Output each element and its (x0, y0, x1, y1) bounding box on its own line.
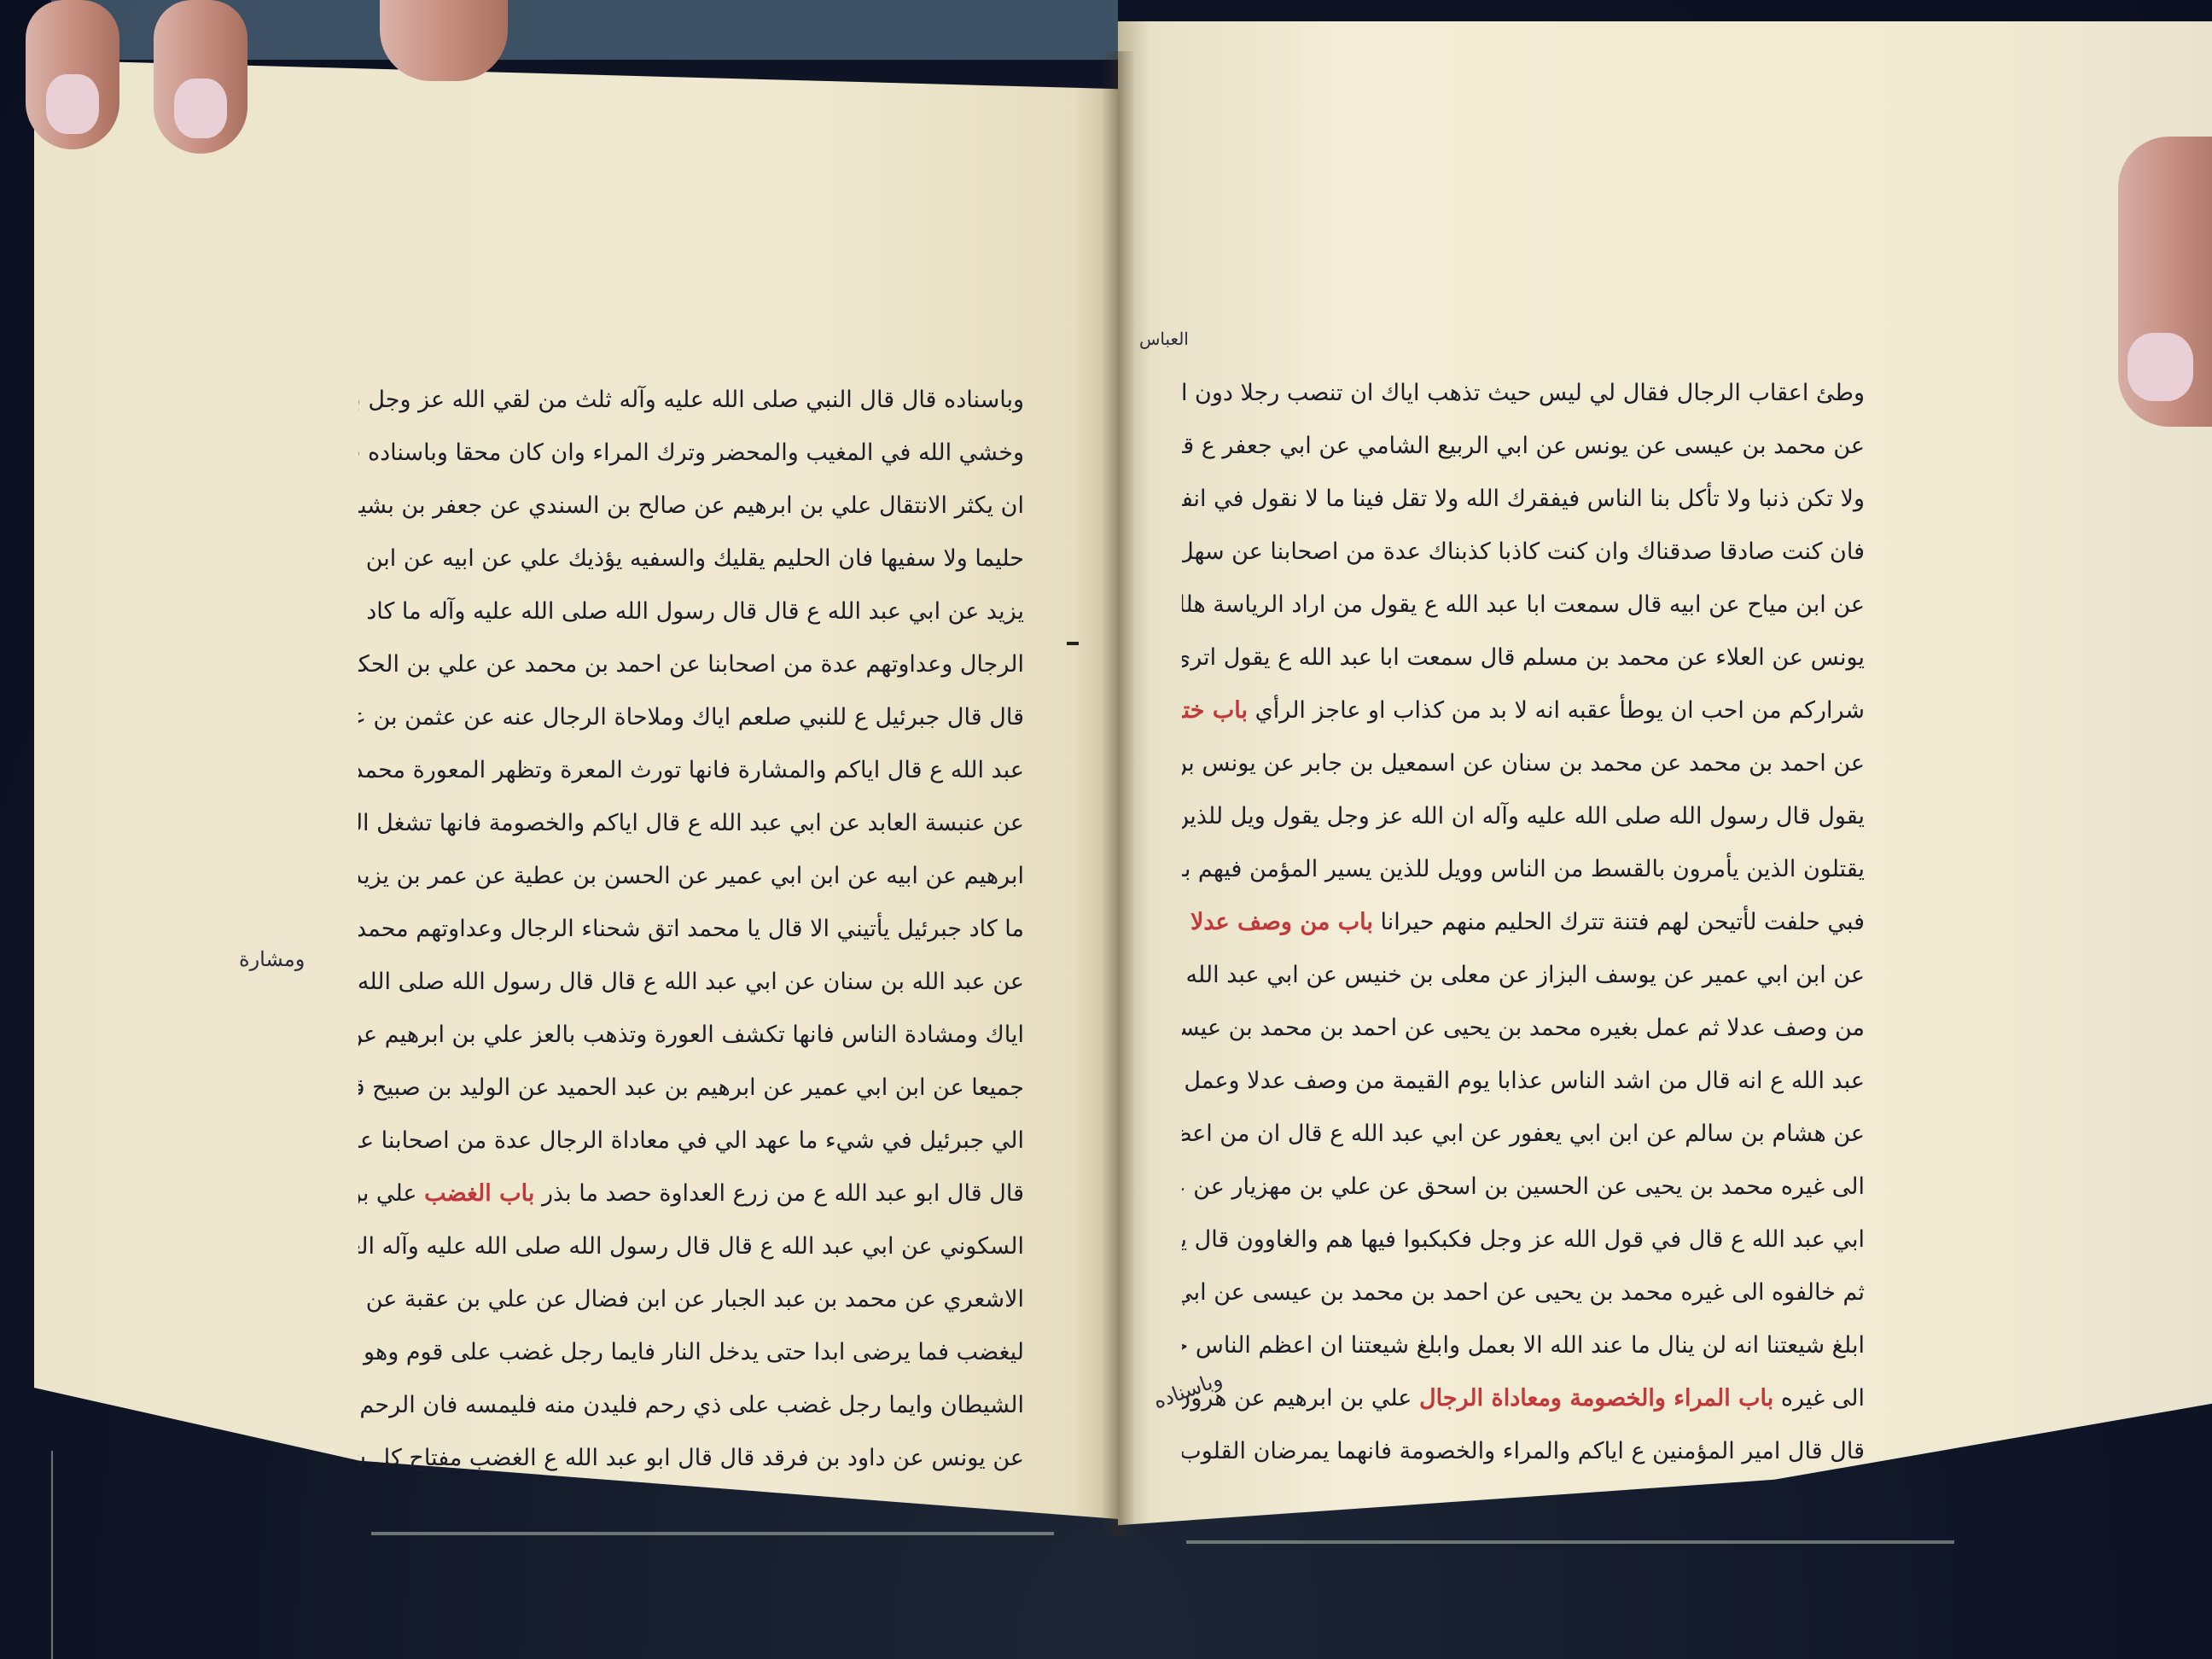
margin-mark (1067, 642, 1079, 645)
text-segment: شراركم من احب ان يوطأ عقبه انه لا بد من … (1255, 697, 1865, 724)
text-line: قال قال امير المؤمنين ع اياكم والمراء وا… (1182, 1425, 1865, 1478)
text-line: السكوني عن ابي عبد الله ع قال قال رسول ا… (358, 1220, 1024, 1273)
text-line: ولا تكن ذنبا ولا تأكل بنا الناس فيفقرك ا… (1182, 473, 1865, 526)
text-line: الرجال وعداوتهم عدة من اصحابنا عن احمد ب… (358, 638, 1024, 691)
text-line: ان يكثر الانتقال علي بن ابرهيم عن صالح ب… (358, 480, 1024, 533)
thumbnail (2128, 333, 2193, 401)
text-line: ابي عبد الله ع قال في قول الله عز وجل فك… (1182, 1214, 1865, 1266)
text-line: الي جبرئيل في شيء ما عهد الي في معاداة ا… (358, 1115, 1024, 1167)
right-page-text: وطئ اعقاب الرجال فقال لي ليس حيث تذهب اي… (1182, 367, 1865, 1478)
text-line: يقتلون الذين يأمرون بالقسط من الناس وويل… (1182, 843, 1865, 896)
frame-line (51, 1451, 53, 1659)
text-segment: علي بن ابرهيم عن ابيه عن النوفلي عن (358, 1180, 417, 1207)
book-gutter (1101, 51, 1135, 1536)
chapter-heading-rubric: باب الغضب (424, 1180, 534, 1207)
text-line: ليغضب فما يرضى ابدا حتى يدخل النار فايما… (358, 1326, 1024, 1379)
thumb (2118, 137, 2212, 427)
text-line: عن يونس عن داود بن فرقد قال قال ابو عبد … (358, 1432, 1024, 1485)
text-line: عن محمد بن عيسى عن يونس عن ابي الربيع ال… (1182, 420, 1865, 473)
text-segment: فبي حلفت لأتيحن لهم فتنة تترك الحليم منه… (1381, 909, 1865, 935)
text-line: يقول قال رسول الله صلى الله عليه وآله ان… (1182, 790, 1865, 843)
text-line: عن هشام بن سالم عن ابن ابي يعفور عن ابي … (1182, 1108, 1865, 1161)
chapter-heading-rubric: باب المراء والخصومة ومعاداة الرجال (1419, 1385, 1773, 1412)
fingernail (174, 79, 227, 138)
text-line: يونس عن العلاء عن محمد بن مسلم قال سمعت … (1182, 632, 1865, 684)
text-line: ابلغ شيعتنا انه لن ينال ما عند الله الا … (1182, 1319, 1865, 1372)
frame-line (1186, 1540, 1954, 1544)
text-line: عن عنبسة العابد عن ابي عبد الله ع قال اي… (358, 797, 1024, 850)
text-line: قال قال جبرئيل ع للنبي صلعم اياك وملاحاة… (358, 691, 1024, 744)
text-line: وطئ اعقاب الرجال فقال لي ليس حيث تذهب اي… (1182, 367, 1865, 420)
margin-note: العباس (1139, 329, 1189, 349)
text-line: عن ابن ابي عمير عن يوسف البزاز عن معلى ب… (1182, 949, 1865, 1002)
left-page-text: وباسناده قال قال النبي صلى الله عليه وآل… (358, 374, 1024, 1485)
text-line: ثم خالفوه الى غيره محمد بن يحيى عن احمد … (1182, 1266, 1865, 1319)
text-line: فان كنت صادقا صدقناك وان كنت كاذبا كذبنا… (1182, 526, 1865, 579)
chapter-heading-rubric: باب من وصف عدلا وعمل بغيره (1182, 909, 1373, 935)
frame-line (371, 1532, 1054, 1535)
text-line-with-rubric: فبي حلفت لأتيحن لهم فتنة تترك الحليم منه… (1182, 896, 1865, 949)
text-segment: الى غيره (1781, 1385, 1865, 1412)
text-line: الشيطان وايما رجل غضب على ذي رحم فليدن م… (358, 1379, 1024, 1432)
text-line: عبد الله ع قال اياكم والمشارة فانها تورث… (358, 744, 1024, 797)
finger (154, 0, 247, 154)
text-line-with-rubric: قال قال ابو عبد الله ع من زرع العداوة حص… (358, 1167, 1024, 1220)
text-line: عن عبد الله بن سنان عن ابي عبد الله ع قا… (358, 956, 1024, 1009)
margin-note: ومشارة (239, 947, 305, 971)
text-line: اياك ومشادة الناس فانها تكشف العورة وتذه… (358, 1009, 1024, 1062)
text-line: عن ابن مياح عن ابيه قال سمعت ابا عبد الل… (1182, 579, 1865, 632)
text-line: من وصف عدلا ثم عمل بغيره محمد بن يحيى عن… (1182, 1002, 1865, 1055)
text-line: يزيد عن ابي عبد الله ع قال قال رسول الله… (358, 585, 1024, 638)
finger (380, 0, 508, 81)
text-line-with-rubric: الى غيره باب المراء والخصومة ومعاداة الر… (1182, 1372, 1865, 1425)
text-line: جميعا عن ابن ابي عمير عن ابرهيم بن عبد ا… (358, 1062, 1024, 1115)
finger (26, 0, 119, 149)
chapter-heading-rubric: باب ختل الدنيا بالدين (1182, 697, 1248, 724)
text-segment: قال قال ابو عبد الله ع من زرع العداوة حص… (542, 1180, 1024, 1207)
text-line: وباسناده قال قال النبي صلى الله عليه وآل… (358, 374, 1024, 427)
text-line: الى غيره محمد بن يحيى عن الحسين بن اسحق … (1182, 1161, 1865, 1214)
text-line: عبد الله ع انه قال من اشد الناس عذابا يو… (1182, 1055, 1865, 1108)
text-line: وخشي الله في المغيب والمحضر وترك المراء … (358, 427, 1024, 480)
text-line: حليما ولا سفيها فان الحليم يقليك والسفيه… (358, 533, 1024, 585)
text-line: ابرهيم عن ابيه عن ابن ابي عمير عن الحسن … (358, 850, 1024, 903)
text-line: ما كاد جبرئيل يأتيني الا قال يا محمد اتق… (358, 903, 1024, 956)
fingernail (46, 74, 99, 134)
text-line: عن احمد بن محمد عن محمد بن سنان عن اسمعي… (1182, 737, 1865, 790)
text-line: الاشعري عن محمد بن عبد الجبار عن ابن فضا… (358, 1273, 1024, 1326)
text-line-with-rubric: شراركم من احب ان يوطأ عقبه انه لا بد من … (1182, 684, 1865, 737)
